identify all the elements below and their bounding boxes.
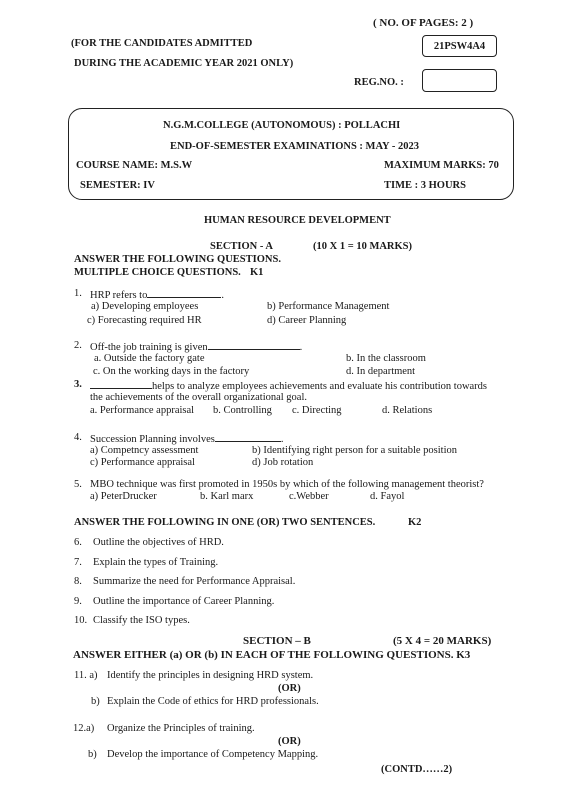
section-a-marks: (10 X 1 = 10 MARKS): [313, 241, 412, 252]
question-text: Succession Planning involves.: [90, 432, 283, 445]
option-c: c) Forecasting required HR: [87, 315, 202, 326]
reg-no-box: [422, 69, 497, 92]
question-text: Outline the objectives of HRD.: [93, 537, 224, 548]
option-c: c.Webber: [289, 491, 329, 502]
mcq-label: MULTIPLE CHOICE QUESTIONS.: [74, 267, 241, 278]
reg-no-label: REG.NO. :: [354, 77, 404, 88]
question-number: 5.: [74, 479, 82, 490]
option-a: a) PeterDrucker: [90, 491, 157, 502]
section-a-instruction: ANSWER THE FOLLOWING QUESTIONS.: [74, 254, 281, 265]
answer-blank: [215, 432, 281, 442]
option-d: d. Fayol: [370, 491, 404, 502]
question-text-continued: the achievements of the overall organiza…: [90, 392, 307, 403]
option-b: b. Controlling: [213, 405, 272, 416]
question-text: HRP refers to.: [90, 288, 224, 301]
section-b-marks: (5 X 4 = 20 MARKS): [393, 635, 491, 647]
option-b: b) Identifying right person for a suitab…: [252, 445, 457, 456]
question-number: 7.: [74, 557, 82, 568]
question-number: 9.: [74, 596, 82, 607]
question-text: Summarize the need for Performance Appra…: [93, 576, 295, 587]
answer-blank: [90, 379, 152, 389]
option-b: b. Karl marx: [200, 491, 253, 502]
question-number-b: b): [88, 749, 97, 760]
exam-time: TIME : 3 HOURS: [384, 180, 466, 191]
option-a: a. Performance appraisal: [90, 405, 194, 416]
answer-blank: [147, 288, 221, 298]
answer-blank: [208, 340, 300, 350]
question-number: 4.: [74, 432, 82, 443]
question-b-text: Explain the Code of ethics for HRD profe…: [107, 696, 319, 707]
continued-note: (CONTD……2): [381, 764, 452, 775]
section-b-instruction: ANSWER EITHER (a) OR (b) IN EACH OF THE …: [73, 649, 470, 661]
or-label: (OR): [278, 683, 301, 694]
course-name: COURSE NAME: M.S.W: [76, 160, 192, 171]
option-c: c) Performance appraisal: [90, 457, 195, 468]
section-a-title: SECTION - A: [210, 241, 273, 252]
option-d: d) Job rotation: [252, 457, 313, 468]
semester: SEMESTER: IV: [80, 180, 155, 191]
subject-title: HUMAN RESOURCE DEVELOPMENT: [204, 215, 391, 226]
no-of-pages: ( NO. OF PAGES: 2 ): [373, 17, 473, 29]
question-text: Outline the importance of Career Plannin…: [93, 596, 274, 607]
option-b: b. In the classroom: [346, 353, 426, 364]
course-code-box: 21PSW4A4: [422, 35, 497, 57]
question-number: 2.: [74, 340, 82, 351]
or-label: (OR): [278, 736, 301, 747]
question-text: MBO technique was first promoted in 1950…: [90, 479, 484, 490]
question-b-text: Develop the importance of Competency Map…: [107, 749, 318, 760]
option-d: d. Relations: [382, 405, 432, 416]
short-answer-instruction: ANSWER THE FOLLOWING IN ONE (OR) TWO SEN…: [74, 517, 375, 528]
question-number-b: b): [91, 696, 100, 707]
question-text: helps to analyze employees achievements …: [90, 379, 487, 392]
section-b-title: SECTION – B: [243, 635, 311, 647]
mcq-level: K1: [250, 267, 263, 278]
question-number: 3.: [74, 379, 82, 390]
max-marks: MAXIMUM MARKS: 70: [384, 160, 499, 171]
option-d: d) Career Planning: [267, 315, 346, 326]
option-a: a. Outside the factory gate: [94, 353, 205, 364]
option-d: d. In department: [346, 366, 415, 377]
question-number-a: 12.a): [73, 723, 94, 734]
question-number-a: 11. a): [74, 670, 98, 681]
admitted-note-line1: (FOR THE CANDIDATES ADMITTED: [71, 38, 252, 49]
option-c: c. Directing: [292, 405, 342, 416]
admitted-note-line2: DURING THE ACADEMIC YEAR 2021 ONLY): [74, 58, 293, 69]
question-number: 10.: [74, 615, 87, 626]
college-name: N.G.M.COLLEGE (AUTONOMOUS) : POLLACHI: [163, 120, 400, 131]
question-a-text: Identify the principles in designing HRD…: [107, 670, 313, 681]
option-c: c. On the working days in the factory: [93, 366, 249, 377]
question-number: 6.: [74, 537, 82, 548]
option-b: b) Performance Management: [267, 301, 389, 312]
option-a: a) Developing employees: [91, 301, 198, 312]
exam-title: END-OF-SEMESTER EXAMINATIONS : MAY - 202…: [170, 141, 419, 152]
option-a: a) Competncy assessment: [90, 445, 198, 456]
question-text: Explain the types of Training.: [93, 557, 218, 568]
question-text: Classify the ISO types.: [93, 615, 190, 626]
question-number: 8.: [74, 576, 82, 587]
short-answer-level: K2: [408, 517, 421, 528]
question-number: 1.: [74, 288, 82, 299]
question-a-text: Organize the Principles of training.: [107, 723, 255, 734]
question-text: Off-the job training is given.: [90, 340, 302, 353]
